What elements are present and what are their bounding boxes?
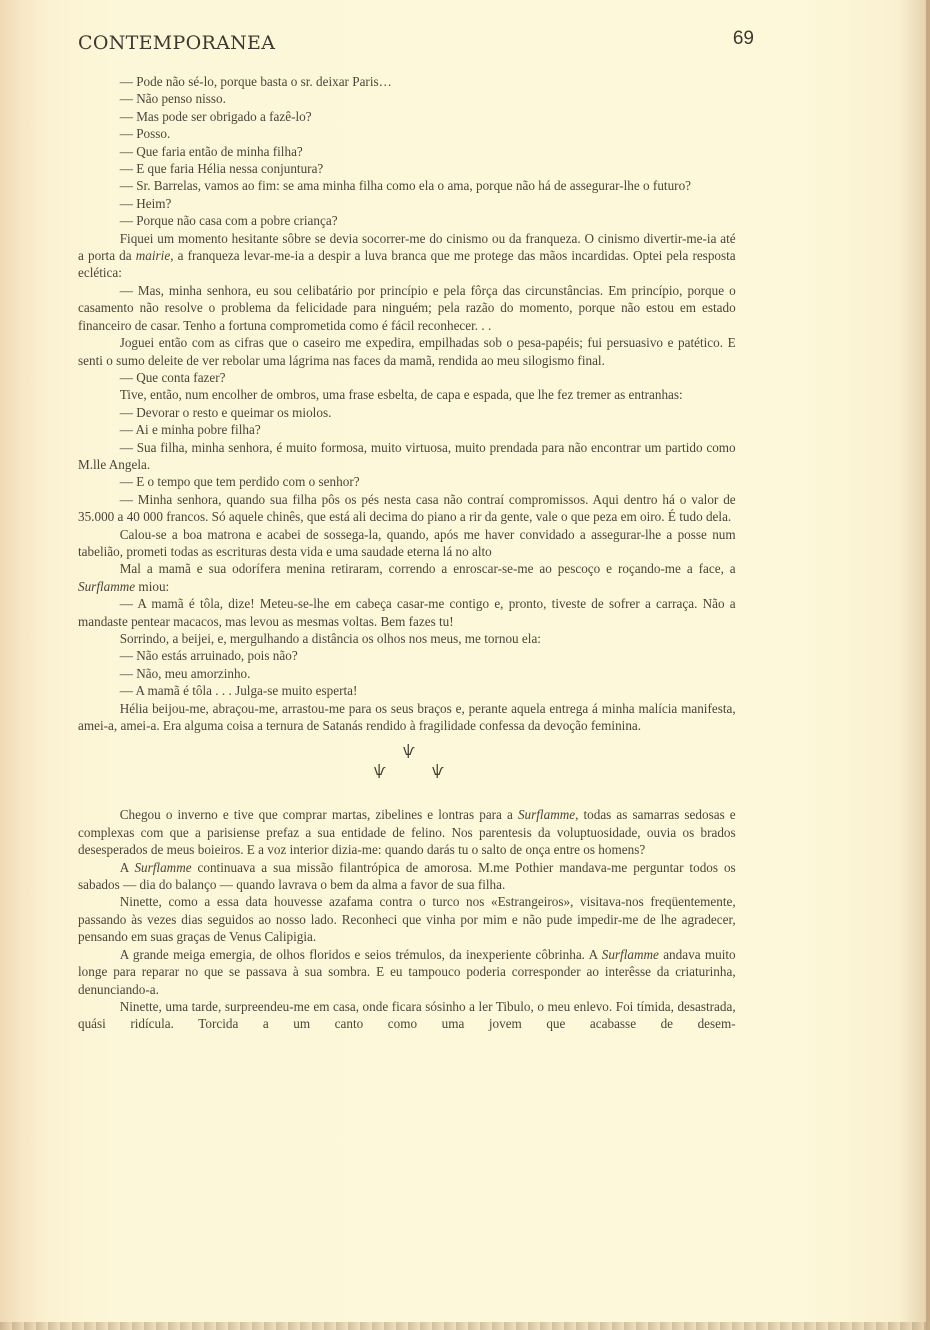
paragraph: — Minha senhora, quando sua filha pôs os… bbox=[78, 491, 736, 526]
paragraph: Hélia beijou-me, abraçou-me, arrastou-me… bbox=[78, 700, 736, 735]
italic-term: mairie bbox=[136, 248, 170, 263]
page-number: 69 bbox=[733, 28, 754, 50]
paragraph: — Porque não casa com a pobre criança? bbox=[78, 212, 736, 229]
paragraph: — Heim? bbox=[78, 195, 736, 212]
paragraph: Fiquei um momento hesitante sôbre se dev… bbox=[78, 230, 736, 282]
italic-term: Surflamme bbox=[518, 807, 575, 822]
paragraph: — A mamã é tôla, dize! Meteu-se-lhe em c… bbox=[78, 595, 736, 630]
page-edge-right bbox=[926, 0, 930, 1330]
paragraph-text: miou: bbox=[135, 579, 169, 594]
paragraph: — Que conta fazer? bbox=[78, 369, 736, 386]
paragraph: A Surflamme continuava a sua missão fila… bbox=[78, 859, 736, 894]
paragraph: Tive, então, num encolher de ombros, uma… bbox=[78, 386, 736, 403]
page-edge-bottom bbox=[0, 1322, 930, 1330]
paragraph: — Posso. bbox=[78, 125, 736, 142]
paragraph-text: A grande meiga emergia, de olhos florido… bbox=[120, 947, 602, 962]
fleuron-icon: ѱ bbox=[402, 744, 416, 758]
paragraph: — Sua filha, minha senhora, é muito form… bbox=[78, 439, 736, 474]
paragraph: — Mas, minha senhora, eu sou celibatário… bbox=[78, 282, 736, 334]
paragraph: Calou-se a boa matrona e acabei de sosse… bbox=[78, 526, 736, 561]
paragraph: — A mamã é tôla . . . Julga-se muito esp… bbox=[78, 682, 736, 699]
paragraph: — E que faria Hélia nessa conjuntura? bbox=[78, 160, 736, 177]
italic-term: Surflamme bbox=[78, 579, 135, 594]
paragraph: Chegou o inverno e tive que comprar mart… bbox=[78, 806, 736, 858]
paragraph-text: , a franqueza levar-me-ia a despir a luv… bbox=[78, 248, 736, 280]
paragraph: A grande meiga emergia, de olhos florido… bbox=[78, 946, 736, 998]
italic-term: Surflamme bbox=[134, 860, 191, 875]
paragraph: — Sr. Barrelas, vamos ao fim: se ama min… bbox=[78, 177, 736, 194]
book-page: CONTEMPORANEA 69 — Pode não sé-lo, porqu… bbox=[0, 0, 930, 1330]
fleuron-icon: ѱ bbox=[431, 764, 445, 778]
paragraph-text: A bbox=[120, 860, 135, 875]
paragraph: — Que faria então de minha filha? bbox=[78, 143, 736, 160]
paragraph: — E o tempo que tem perdido com o senhor… bbox=[78, 473, 736, 490]
italic-term: Surflamme bbox=[602, 947, 659, 962]
paragraph: — Pode não sé-lo, porque basta o sr. dei… bbox=[78, 73, 736, 90]
paragraph-text: Chegou o inverno e tive que comprar mart… bbox=[120, 807, 518, 822]
section-ornament: ѱ ѱ ѱ bbox=[78, 740, 736, 788]
fleuron-icon: ѱ bbox=[373, 764, 387, 778]
paragraph: — Devorar o resto e queimar os miolos. bbox=[78, 404, 736, 421]
paragraph: Mal a mamã e sua odorífera menina retira… bbox=[78, 560, 736, 595]
paragraph: — Não penso nisso. bbox=[78, 90, 736, 107]
running-title: CONTEMPORANEA bbox=[78, 32, 275, 54]
paragraph: Ninette, como a essa data houvesse azafa… bbox=[78, 893, 736, 945]
paragraph-block-after-ornament: Chegou o inverno e tive que comprar mart… bbox=[78, 806, 736, 1032]
page-header: CONTEMPORANEA 69 bbox=[78, 28, 754, 58]
paragraph: — Mas pode ser obrigado a fazê-lo? bbox=[78, 108, 736, 125]
paragraph: Sorrindo, a beijei, e, mergulhando a dis… bbox=[78, 630, 736, 647]
body-text: — Pode não sé-lo, porque basta o sr. dei… bbox=[78, 73, 736, 1033]
paragraph: — Não estás arruinado, pois não? bbox=[78, 647, 736, 664]
paragraph: Ninette, uma tarde, surpreendeu-me em ca… bbox=[78, 998, 736, 1033]
paragraph-block-before-ornament: — Pode não sé-lo, porque basta o sr. dei… bbox=[78, 73, 736, 734]
paragraph-text: Mal a mamã e sua odorífera menina retira… bbox=[120, 561, 736, 576]
paragraph: Joguei então com as cifras que o caseiro… bbox=[78, 334, 736, 369]
paragraph: — Ai e minha pobre filha? bbox=[78, 421, 736, 438]
paragraph: — Não, meu amorzinho. bbox=[78, 665, 736, 682]
